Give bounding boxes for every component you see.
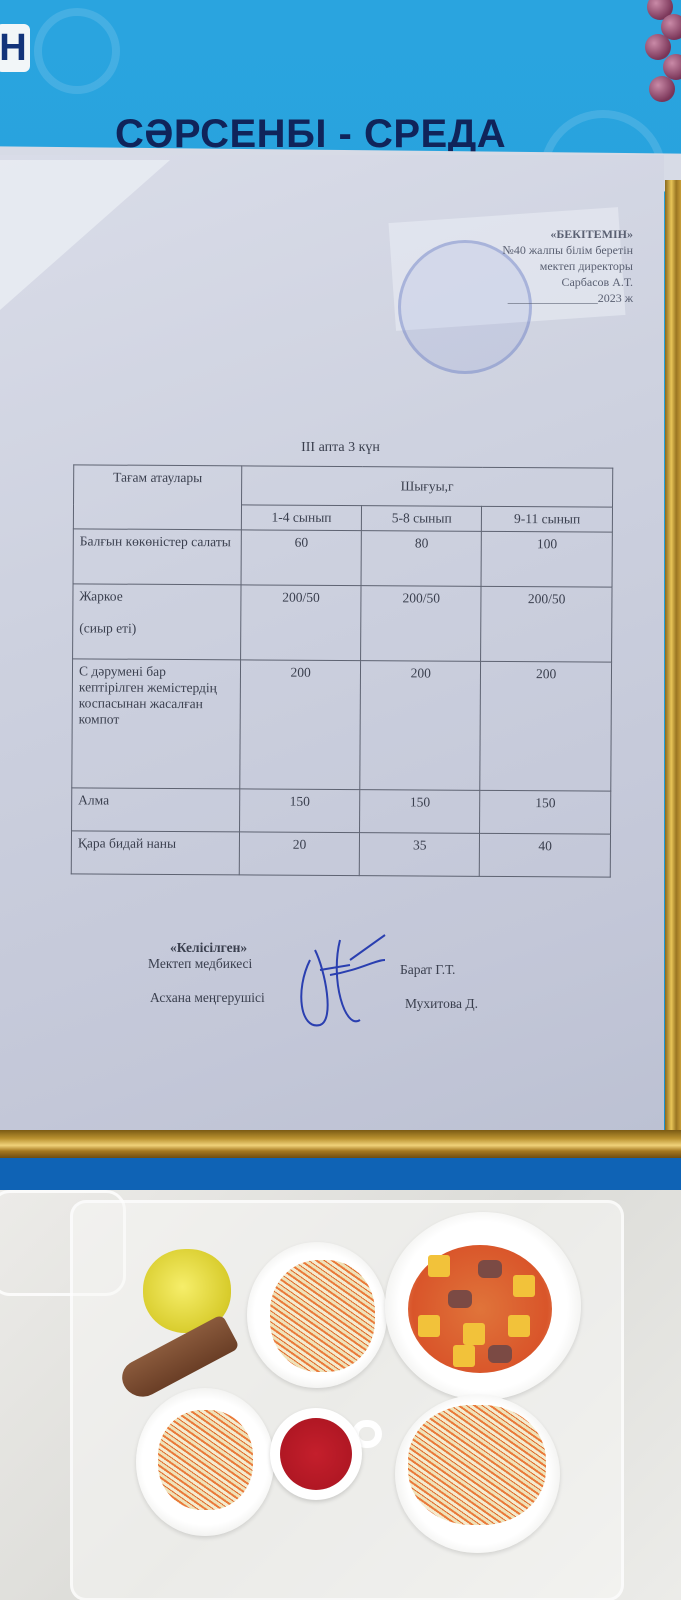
table-row: Балғын көкөністер салаты6080100 xyxy=(73,529,612,587)
dish-name: Қара бидай наны xyxy=(71,831,239,875)
dish-yield: 20 xyxy=(239,832,359,876)
decorative-ring xyxy=(34,8,120,94)
agreed-name: Барат Г.Т. xyxy=(400,962,455,978)
lunch-photo xyxy=(0,1190,681,1600)
dish-name: С дәрумені бар кептірілген жемістердің к… xyxy=(72,659,241,789)
dish-yield: 80 xyxy=(361,531,482,587)
dish-yield: 35 xyxy=(359,833,479,877)
header-yield: Шығуы,г xyxy=(242,466,613,507)
frame-edge xyxy=(0,1130,681,1158)
dish-yield: 150 xyxy=(360,790,480,834)
agreed-role: Мектеп медбикесі xyxy=(148,956,252,972)
dish-yield: 60 xyxy=(241,530,362,586)
dish-name: Алма xyxy=(72,788,240,832)
dish-yield: 200/50 xyxy=(241,585,362,661)
header-grade: 1-4 сынып xyxy=(241,505,361,531)
dish-yield: 200/50 xyxy=(361,586,482,662)
grapes-icon xyxy=(643,0,681,114)
frame-edge xyxy=(665,180,681,1160)
agreed-role: Асхана меңгерушісі xyxy=(150,990,265,1006)
dish-yield: 200 xyxy=(360,661,481,791)
vegetable-salad xyxy=(408,1405,546,1525)
table-row: Алма150150150 xyxy=(72,788,611,834)
compote xyxy=(280,1418,352,1490)
agreed-name: Мухитова Д. xyxy=(405,996,478,1012)
approval-line: _______________2023 ж xyxy=(502,290,633,306)
vegetable-salad xyxy=(270,1260,375,1372)
board-bottom-strip xyxy=(0,1158,681,1190)
agreed-header: «Келісілген» xyxy=(170,940,247,956)
dish-yield: 100 xyxy=(481,531,612,587)
dish-yield: 200 xyxy=(240,660,361,790)
approval-line: мектеп директоры xyxy=(502,258,633,274)
header-dish-name: Тағам атаулары xyxy=(73,465,241,530)
dish-yield: 150 xyxy=(480,790,611,834)
header-grade: 9-11 сынып xyxy=(482,506,613,532)
header-grade: 5-8 сынып xyxy=(362,506,482,532)
dish-yield: 200 xyxy=(480,661,611,791)
vegetable-salad xyxy=(158,1410,253,1510)
table-row: Қара бидай наны203540 xyxy=(71,831,610,877)
board-corner-letter: Н xyxy=(0,24,30,72)
approval-block: «БЕКІТЕМІН» №40 жалпы білім беретін мект… xyxy=(502,226,633,306)
dish-yield: 200/50 xyxy=(481,586,612,662)
dish-yield: 40 xyxy=(480,833,611,877)
beef-stew xyxy=(408,1245,552,1373)
approval-line: Сарбасов А.Т. xyxy=(502,274,633,290)
signature-icon xyxy=(290,930,390,1040)
week-title: III апта 3 күн xyxy=(0,440,681,456)
table-row: С дәрумені бар кептірілген жемістердің к… xyxy=(72,659,612,791)
compote-cup xyxy=(270,1408,362,1500)
approval-line: №40 жалпы білім беретін xyxy=(502,242,633,258)
menu-board: Н СӘРСЕНБІ - СРЕДА «БЕКІТЕМІН» №40 жалпы… xyxy=(0,0,681,1212)
dish-name: Жаркое (сиыр еті) xyxy=(73,584,241,660)
glass-reflection xyxy=(0,160,170,310)
dish-yield: 150 xyxy=(240,789,360,833)
approval-header: «БЕКІТЕМІН» xyxy=(502,226,633,242)
table-row: Жаркое (сиыр еті)200/50200/50200/50 xyxy=(73,584,612,662)
menu-table: Тағам атаулары Шығуы,г 1-4 сынып 5-8 сын… xyxy=(71,464,613,877)
dish-name: Балғын көкөністер салаты xyxy=(73,529,241,585)
